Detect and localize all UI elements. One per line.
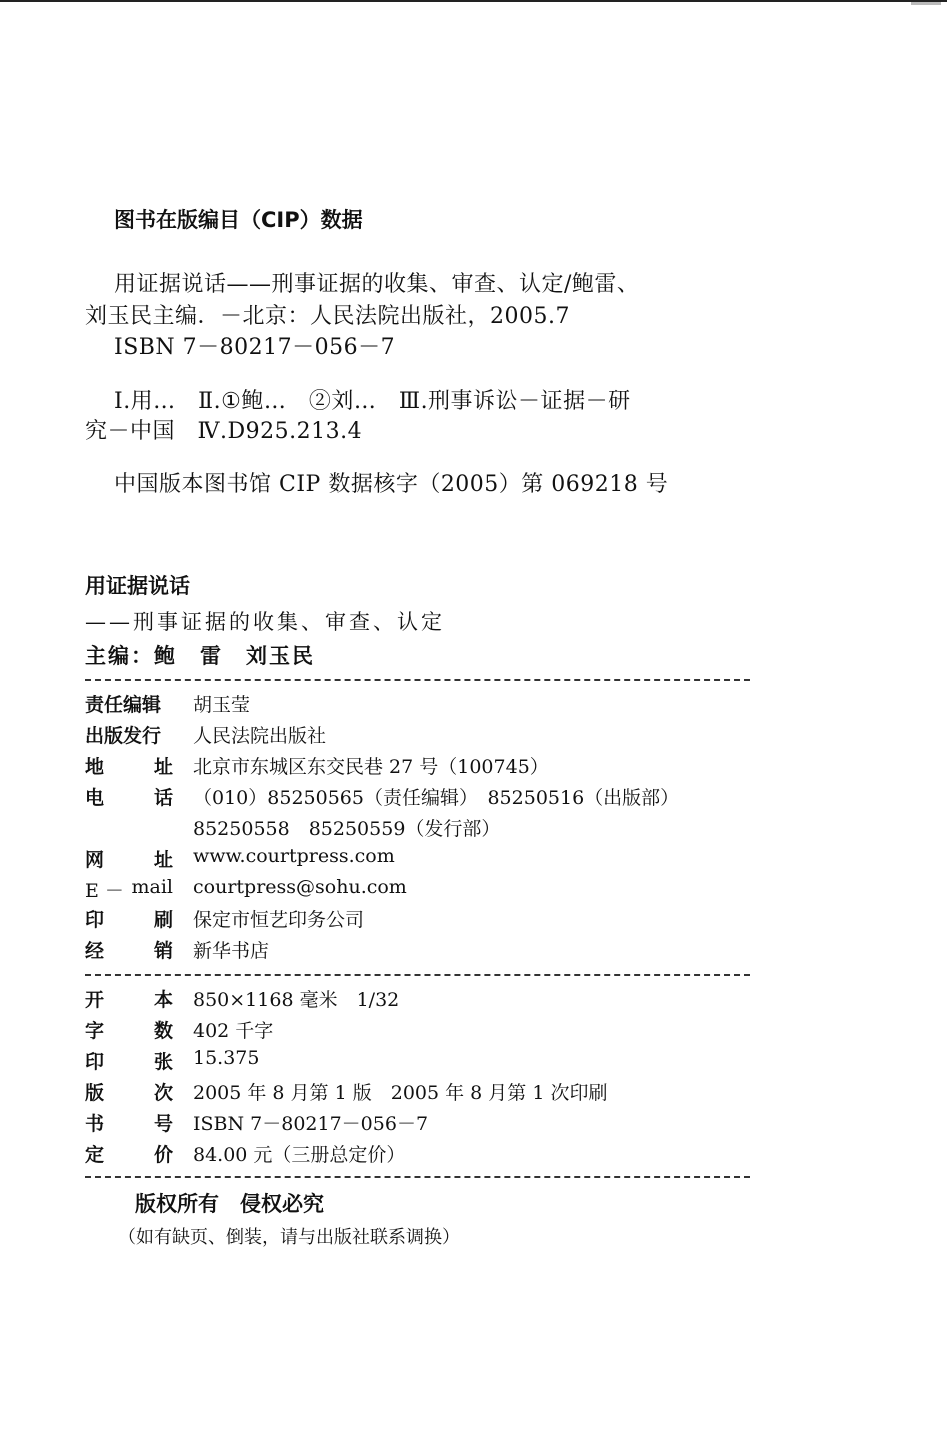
website-link: www.courtpress.com: [193, 845, 395, 867]
info-value: 85250558 85250559（发行部）: [193, 814, 500, 841]
info-label-left: E －: [85, 876, 124, 903]
spec-label: 定价: [85, 1140, 173, 1167]
info-value: 保定市恒艺印务公司: [193, 905, 364, 932]
spec-label-right: 号: [154, 1109, 173, 1136]
info-label: 经销: [85, 936, 173, 963]
book-title: 用证据说话: [85, 570, 190, 600]
book-editors: 主编：鲍 雷 刘玉民: [85, 640, 315, 670]
spec-label-left: 字: [85, 1016, 104, 1043]
info-label: 印刷: [85, 905, 173, 932]
cip-subject-line-2: 究－中国 Ⅳ.D925.213.4: [85, 414, 362, 445]
info-label: 责任编辑: [85, 690, 173, 717]
info-label-left: 经: [85, 936, 104, 963]
spec-value: 84.00 元（三册总定价）: [193, 1140, 405, 1167]
info-label-left: 出版发行: [85, 721, 161, 748]
info-value: 北京市东城区东交民巷 27 号（100745）: [193, 752, 549, 779]
info-value: 胡玉莹: [193, 690, 250, 717]
cip-heading: 图书在版编目（CIP）数据: [114, 204, 363, 234]
info-label-left: 网: [85, 845, 104, 872]
info-value: 新华书店: [193, 936, 269, 963]
divider-rule: [85, 679, 750, 681]
spec-label: 版次: [85, 1078, 173, 1105]
defect-exchange-note: （如有缺页、倒装，请与出版社联系调换）: [118, 1223, 460, 1249]
copyright-statement: 版权所有 侵权必究: [135, 1188, 324, 1218]
spec-value: 2005 年 8 月第 1 版 2005 年 8 月第 1 次印刷: [193, 1078, 607, 1105]
book-subtitle: ——刑事证据的收集、审查、认定: [85, 606, 445, 636]
spec-label-right: 数: [154, 1016, 173, 1043]
divider-rule: [85, 974, 750, 976]
spec-label-left: 版: [85, 1078, 104, 1105]
info-label-left: 印: [85, 905, 104, 932]
email-address: courtpress@sohu.com: [193, 876, 407, 898]
info-label-right: 址: [154, 752, 173, 779]
info-label: 网址: [85, 845, 173, 872]
cip-approval-number: 中国版本图书馆 CIP 数据核字（2005）第 069218 号: [114, 467, 668, 498]
info-label: E －mail: [85, 876, 173, 903]
info-label: 地址: [85, 752, 173, 779]
spec-label-right: 本: [154, 985, 173, 1012]
info-label-right: mail: [132, 876, 174, 903]
scan-artifact: [911, 2, 941, 5]
spec-label-left: 开: [85, 985, 104, 1012]
info-label-right: 销: [154, 936, 173, 963]
info-label-left: 地: [85, 752, 104, 779]
cip-entry-line-1: 用证据说话——刑事证据的收集、审查、认定/鲍雷、: [114, 267, 639, 298]
cip-entry-line-2: 刘玉民主编．－北京：人民法院出版社，2005.7: [85, 299, 570, 330]
info-label-left: 电: [85, 783, 104, 810]
info-value: 人民法院出版社: [193, 721, 326, 748]
info-label-left: 责任编辑: [85, 690, 161, 717]
spec-label-right: 张: [154, 1047, 173, 1074]
info-label: 电话: [85, 783, 173, 810]
spec-label: 开本: [85, 985, 173, 1012]
page-top-edge: [0, 0, 947, 2]
spec-value: 15.375: [193, 1047, 259, 1069]
info-value: （010）85250565（责任编辑） 85250516（出版部）: [193, 783, 679, 810]
spec-value: 402 千字: [193, 1016, 273, 1043]
spec-label-right: 价: [154, 1140, 173, 1167]
info-label-right: 址: [154, 845, 173, 872]
cip-subject-line-1: Ⅰ.用… Ⅱ.①鲍… ②刘… Ⅲ.刑事诉讼－证据－研: [114, 384, 631, 415]
info-label-right: 刷: [154, 905, 173, 932]
spec-label: 书号: [85, 1109, 173, 1136]
spec-label-left: 书: [85, 1109, 104, 1136]
divider-rule: [85, 1176, 750, 1178]
spec-label: 字数: [85, 1016, 173, 1043]
info-label-right: 话: [154, 783, 173, 810]
spec-label-left: 定: [85, 1140, 104, 1167]
spec-label: 印张: [85, 1047, 173, 1074]
cip-isbn-line: ISBN 7－80217－056－7: [114, 330, 395, 361]
info-label: 出版发行: [85, 721, 173, 748]
spec-value: ISBN 7－80217－056－7: [193, 1109, 428, 1136]
spec-label-left: 印: [85, 1047, 104, 1074]
spec-label-right: 次: [154, 1078, 173, 1105]
spec-value: 850×1168 毫米 1/32: [193, 985, 399, 1012]
